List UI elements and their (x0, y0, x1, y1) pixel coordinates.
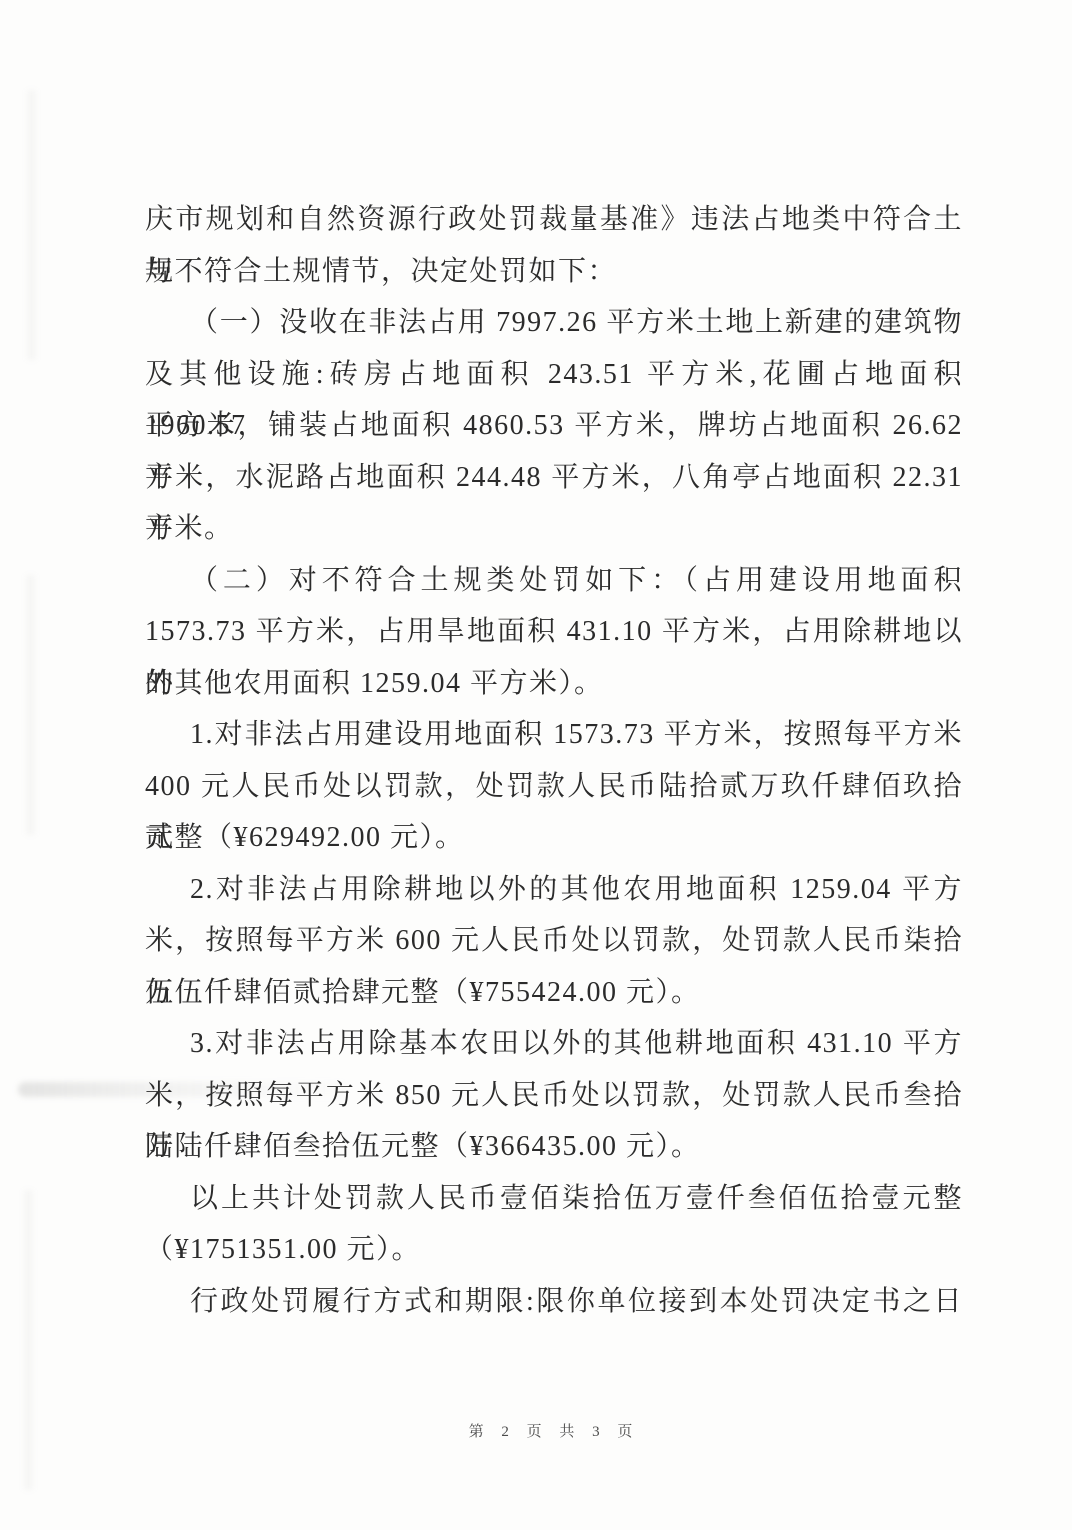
text-line: 与不符合土规情节，决定处罚如下： (145, 246, 963, 298)
text-line: 米，按照每平方米 850 元人民币处以罚款，处罚款人民币叁拾陆 (145, 1070, 963, 1122)
document-page: 庆市规划和自然资源行政处罚裁量基准》违法占地类中符合土规与不符合土规情节，决定处… (0, 0, 1072, 1530)
scan-artifact-streak (24, 1190, 33, 1490)
text-line: 平方米，铺装占地面积 4860.53 平方米，牌坊占地面积 26.62 平 (145, 400, 963, 452)
document-body: 庆市规划和自然资源行政处罚裁量基准》违法占地类中符合土规与不符合土规情节，决定处… (145, 194, 963, 1327)
text-line: 400 元人民币处以罚款，处罚款人民币陆拾贰万玖仟肆佰玖拾贰 (145, 761, 963, 813)
text-line: 元整（¥629492.00 元）。 (145, 812, 963, 864)
text-line: 方米，水泥路占地面积 244.48 平方米，八角亭占地面积 22.31 平 (145, 452, 963, 504)
text-line: 万伍仟肆佰贰拾肆元整（¥755424.00 元）。 (145, 967, 963, 1019)
text-line: （一）没收在非法占用 7997.26 平方米土地上新建的建筑物 (145, 297, 963, 349)
text-line: 庆市规划和自然资源行政处罚裁量基准》违法占地类中符合土规 (145, 194, 963, 246)
text-line: 1.对非法占用建设用地面积 1573.73 平方米，按照每平方米 (145, 709, 963, 761)
text-line: 1573.73 平方米，占用旱地面积 431.10 平方米，占用除耕地以外 (145, 606, 963, 658)
text-line: 方米。 (145, 503, 963, 555)
text-line: 行政处罚履行方式和期限:限你单位接到本处罚决定书之日 (145, 1276, 963, 1328)
page-footer: 第 2 页 共 3 页 (145, 1420, 963, 1441)
text-line: （二）对不符合土规类处罚如下：（占用建设用地面积 (145, 555, 963, 607)
scan-artifact-streak (27, 90, 36, 360)
text-line: 以上共计处罚款人民币壹佰柒拾伍万壹仟叁佰伍拾壹元整 (145, 1173, 963, 1225)
text-line: 米，按照每平方米 600 元人民币处以罚款，处罚款人民币柒拾伍 (145, 915, 963, 967)
text-line: 2.对非法占用除耕地以外的其他农用地面积 1259.04 平方 (145, 864, 963, 916)
text-line: 的其他农用面积 1259.04 平方米）。 (145, 658, 963, 710)
text-line: 3.对非法占用除基本农田以外的其他耕地面积 431.10 平方 (145, 1018, 963, 1070)
text-line: 万陆仟肆佰叁拾伍元整（¥366435.00 元）。 (145, 1121, 963, 1173)
text-line: 及其他设施:砖房占地面积 243.51 平方米,花圃占地面积 1960.57 (145, 349, 963, 401)
scan-artifact-streak (26, 575, 35, 835)
text-line: （¥1751351.00 元）。 (145, 1224, 963, 1276)
